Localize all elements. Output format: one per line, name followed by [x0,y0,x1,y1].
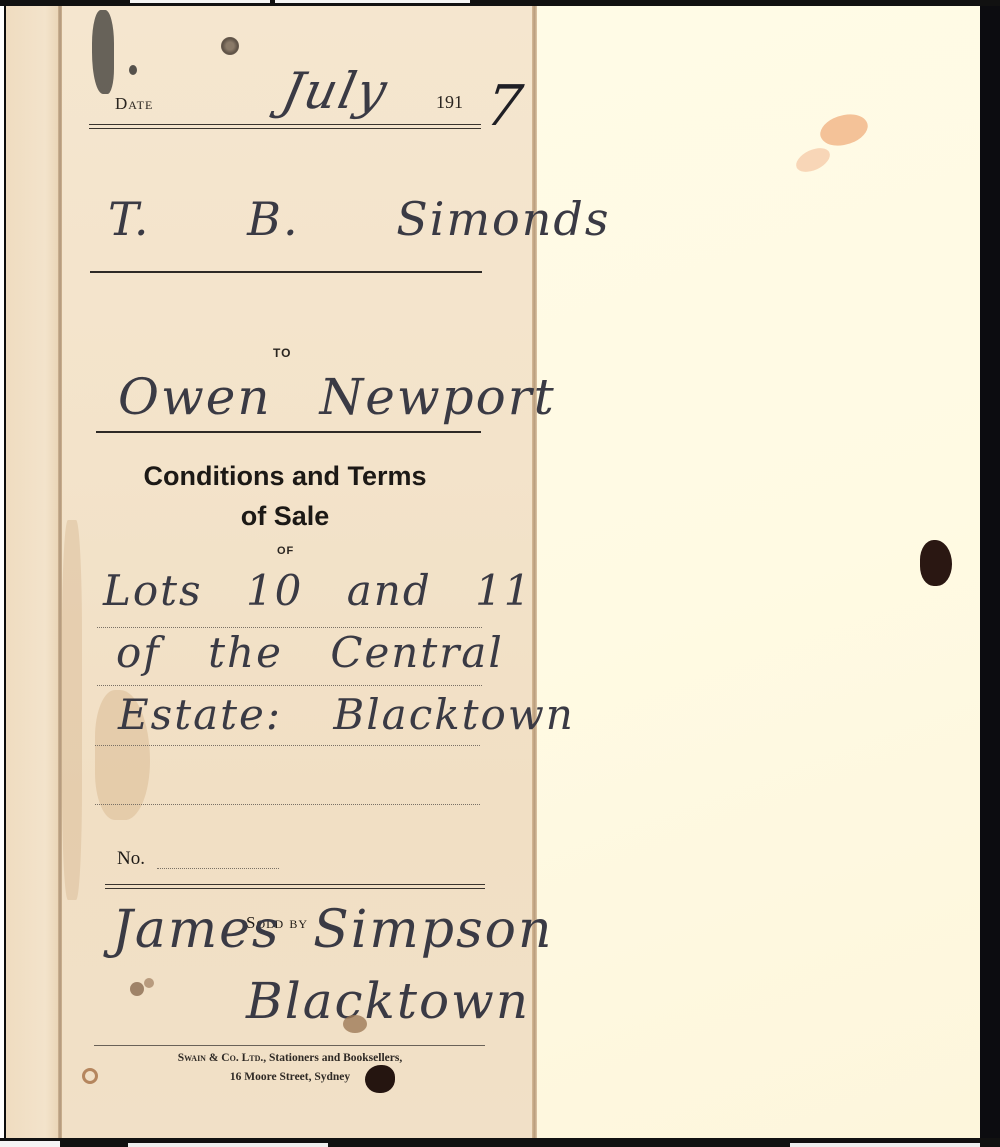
year-prefix: 191 [436,92,463,113]
scan-bottom-gap [128,1143,328,1147]
handwritten-seller-name: James Simpson [112,900,553,960]
title-line-2: of Sale [80,496,490,536]
ring-stain [82,1068,98,1084]
scan-top-gap [275,0,470,3]
imprint-rule [94,1045,485,1046]
date-label: Date [115,94,153,114]
property-line-rule [95,745,480,746]
stain-spot [144,978,154,988]
number-label: No. [117,848,145,870]
title-line-1: Conditions and Terms [80,456,490,496]
printer-trade: , Stationers and Booksellers, [263,1052,402,1064]
printer-imprint: Swain & Co. Ltd., Stationers and Booksel… [80,1049,500,1087]
scan-bottom-gap [790,1143,980,1147]
scan-bottom-gap [0,1141,60,1147]
property-line-rule [97,685,482,686]
stain-spot [130,982,144,996]
handwritten-seller-location: Blacktown [246,972,530,1030]
blank-page [537,6,980,1139]
printer-line-1: Swain & Co. Ltd., Stationers and Booksel… [80,1049,500,1068]
water-stain [62,520,82,900]
scan-right-edge [980,6,1000,1147]
number-field-rule [157,868,279,869]
date-double-rule [89,124,481,129]
of-label: OF [277,545,294,557]
document-title: Conditions and Terms of Sale [80,456,490,536]
spine-strip [6,6,62,1139]
handwritten-month: July [277,62,394,120]
burn-hole [920,540,952,586]
spine-fold-line [58,6,62,1139]
printer-name: Swain & Co. Ltd. [178,1052,263,1064]
ink-smear [92,10,114,94]
property-line-rule [95,804,480,805]
punch-mark [221,37,239,55]
handwritten-property-line-1: Lots 10 and 11 [103,566,533,615]
burn-hole [365,1065,395,1093]
handwritten-property-line-3: Estate: Blacktown [118,690,575,739]
stain-spot [343,1015,367,1033]
handwritten-property-line-2: of the Central [116,628,504,677]
scan-top-gap [130,0,270,3]
from-party-rule [90,271,482,273]
handwritten-from-party: T. B. Simonds [108,192,610,246]
ink-dot [129,65,137,75]
to-label: TO [273,346,291,360]
to-party-rule [96,431,481,433]
handwritten-to-party: Owen Newport [118,368,556,426]
number-double-rule [105,884,485,889]
printer-address: 16 Moore Street, Sydney [80,1068,500,1087]
